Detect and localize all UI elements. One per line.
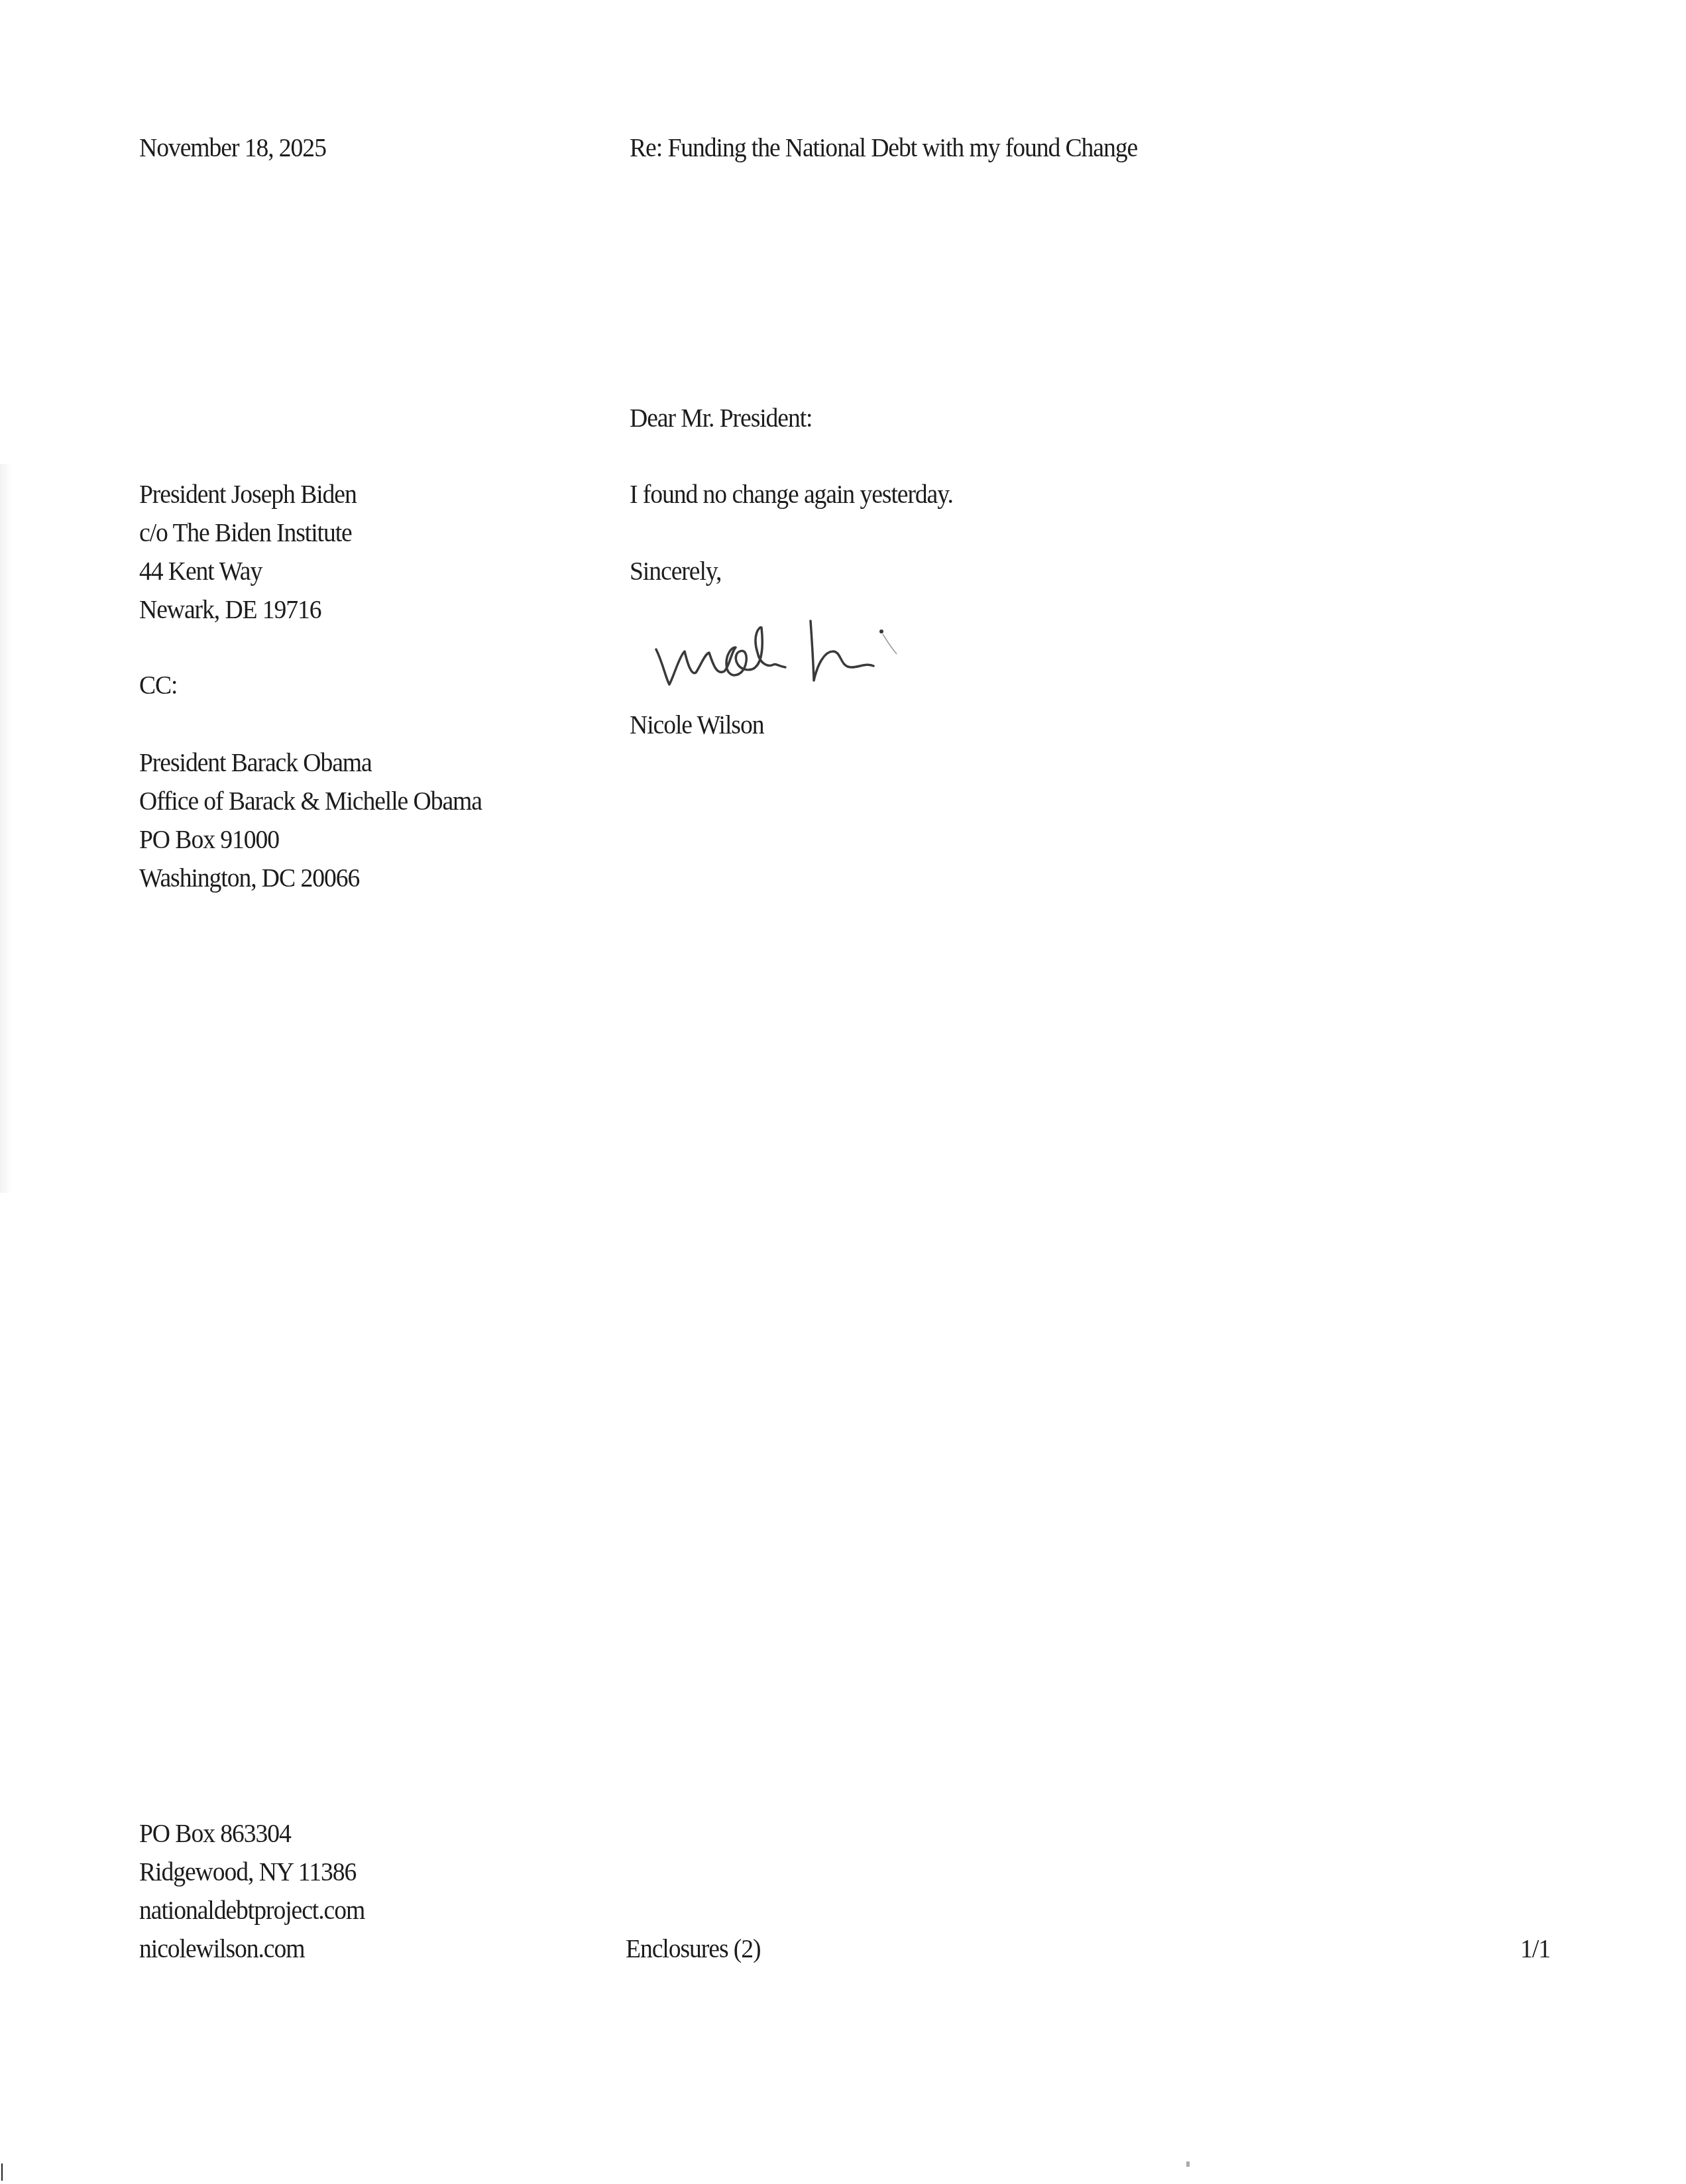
page-number: 1/1 (1520, 1929, 1550, 1967)
scan-artifact (1186, 2161, 1190, 2167)
cc-recipient-line: Office of Barack & Michelle Obama (139, 781, 482, 820)
signer-name: Nicole Wilson (630, 705, 763, 743)
sender-footer-line: PO Box 863304 (139, 1814, 365, 1852)
enclosures-note: Enclosures (2) (626, 1929, 760, 1967)
sender-footer-line: nicolewilson.com (139, 1929, 365, 1967)
sender-footer-line: nationaldebtproject.com (139, 1890, 365, 1929)
recipient-line: Newark, DE 19716 (139, 590, 357, 628)
cc-recipient-line: President Barack Obama (139, 743, 482, 781)
cc-recipient-address: President Barack Obama Office of Barack … (139, 743, 512, 897)
signature-icon (653, 606, 964, 692)
scan-edge-shadow (0, 464, 12, 1193)
salutation: Dear Mr. President: (630, 398, 812, 437)
recipient-line: c/o The Biden Institute (139, 513, 357, 551)
closing: Sincerely, (630, 551, 721, 590)
recipient-line: 44 Kent Way (139, 551, 357, 590)
letter-body: I found no change again yesterday. (630, 474, 953, 513)
recipient-line: President Joseph Biden (139, 474, 357, 513)
recipient-address: President Joseph Biden c/o The Biden Ins… (139, 474, 375, 628)
scan-artifact (1, 2163, 3, 2181)
letter-date: November 18, 2025 (139, 128, 326, 166)
letter-subject: Re: Funding the National Debt with my fo… (630, 128, 1137, 166)
sender-footer-line: Ridgewood, NY 11386 (139, 1852, 365, 1890)
sender-footer: PO Box 863304 Ridgewood, NY 11386 nation… (139, 1814, 384, 1967)
cc-recipient-line: PO Box 91000 (139, 820, 482, 858)
cc-label: CC: (139, 665, 178, 704)
cc-recipient-line: Washington, DC 20066 (139, 858, 482, 897)
